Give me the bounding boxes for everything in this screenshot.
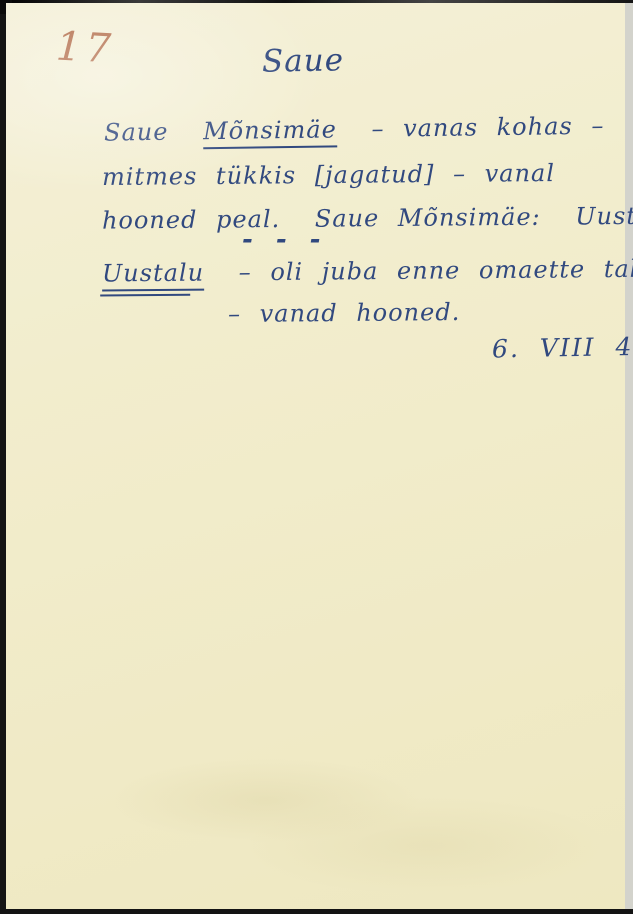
text-line-5: – vanad hooned. <box>228 298 461 328</box>
scan-edge-bottom <box>0 909 633 914</box>
text-line-4: Uustalu – oli juba enne omaette talu <box>102 255 633 288</box>
line4-place-name-underlined: Uustalu <box>102 259 204 292</box>
paper-sheet: 17 Saue Saue Mõnsimäe – vanas kohas – mi… <box>6 3 625 909</box>
text-line-1: Saue Mõnsimäe – vanas kohas – <box>104 111 621 146</box>
text-line-3: hooned peal. Saue Mõnsimäe: Uustalu <box>102 201 633 234</box>
line3-mid: Saue Mõnsimäe: <box>315 203 541 233</box>
line1-rest: – vanas kohas – <box>371 112 604 143</box>
line3-suffix: Uustalu <box>575 202 633 231</box>
line1-prefix: Saue <box>104 118 169 147</box>
date-note: 6. VIII 47. <box>492 332 633 364</box>
document-title: Saue <box>262 42 345 79</box>
dash-annotation: - - - <box>242 225 326 255</box>
archival-number: 17 <box>55 23 116 72</box>
scanned-page: 17 Saue Saue Mõnsimäe – vanas kohas – mi… <box>0 0 633 914</box>
line1-place-name-underlined: Mõnsimäe <box>203 115 337 149</box>
text-line-2: mitmes tükkis [jagatud] – vanal <box>102 159 555 191</box>
line4-rest: – oli juba enne omaette talu <box>239 255 633 287</box>
